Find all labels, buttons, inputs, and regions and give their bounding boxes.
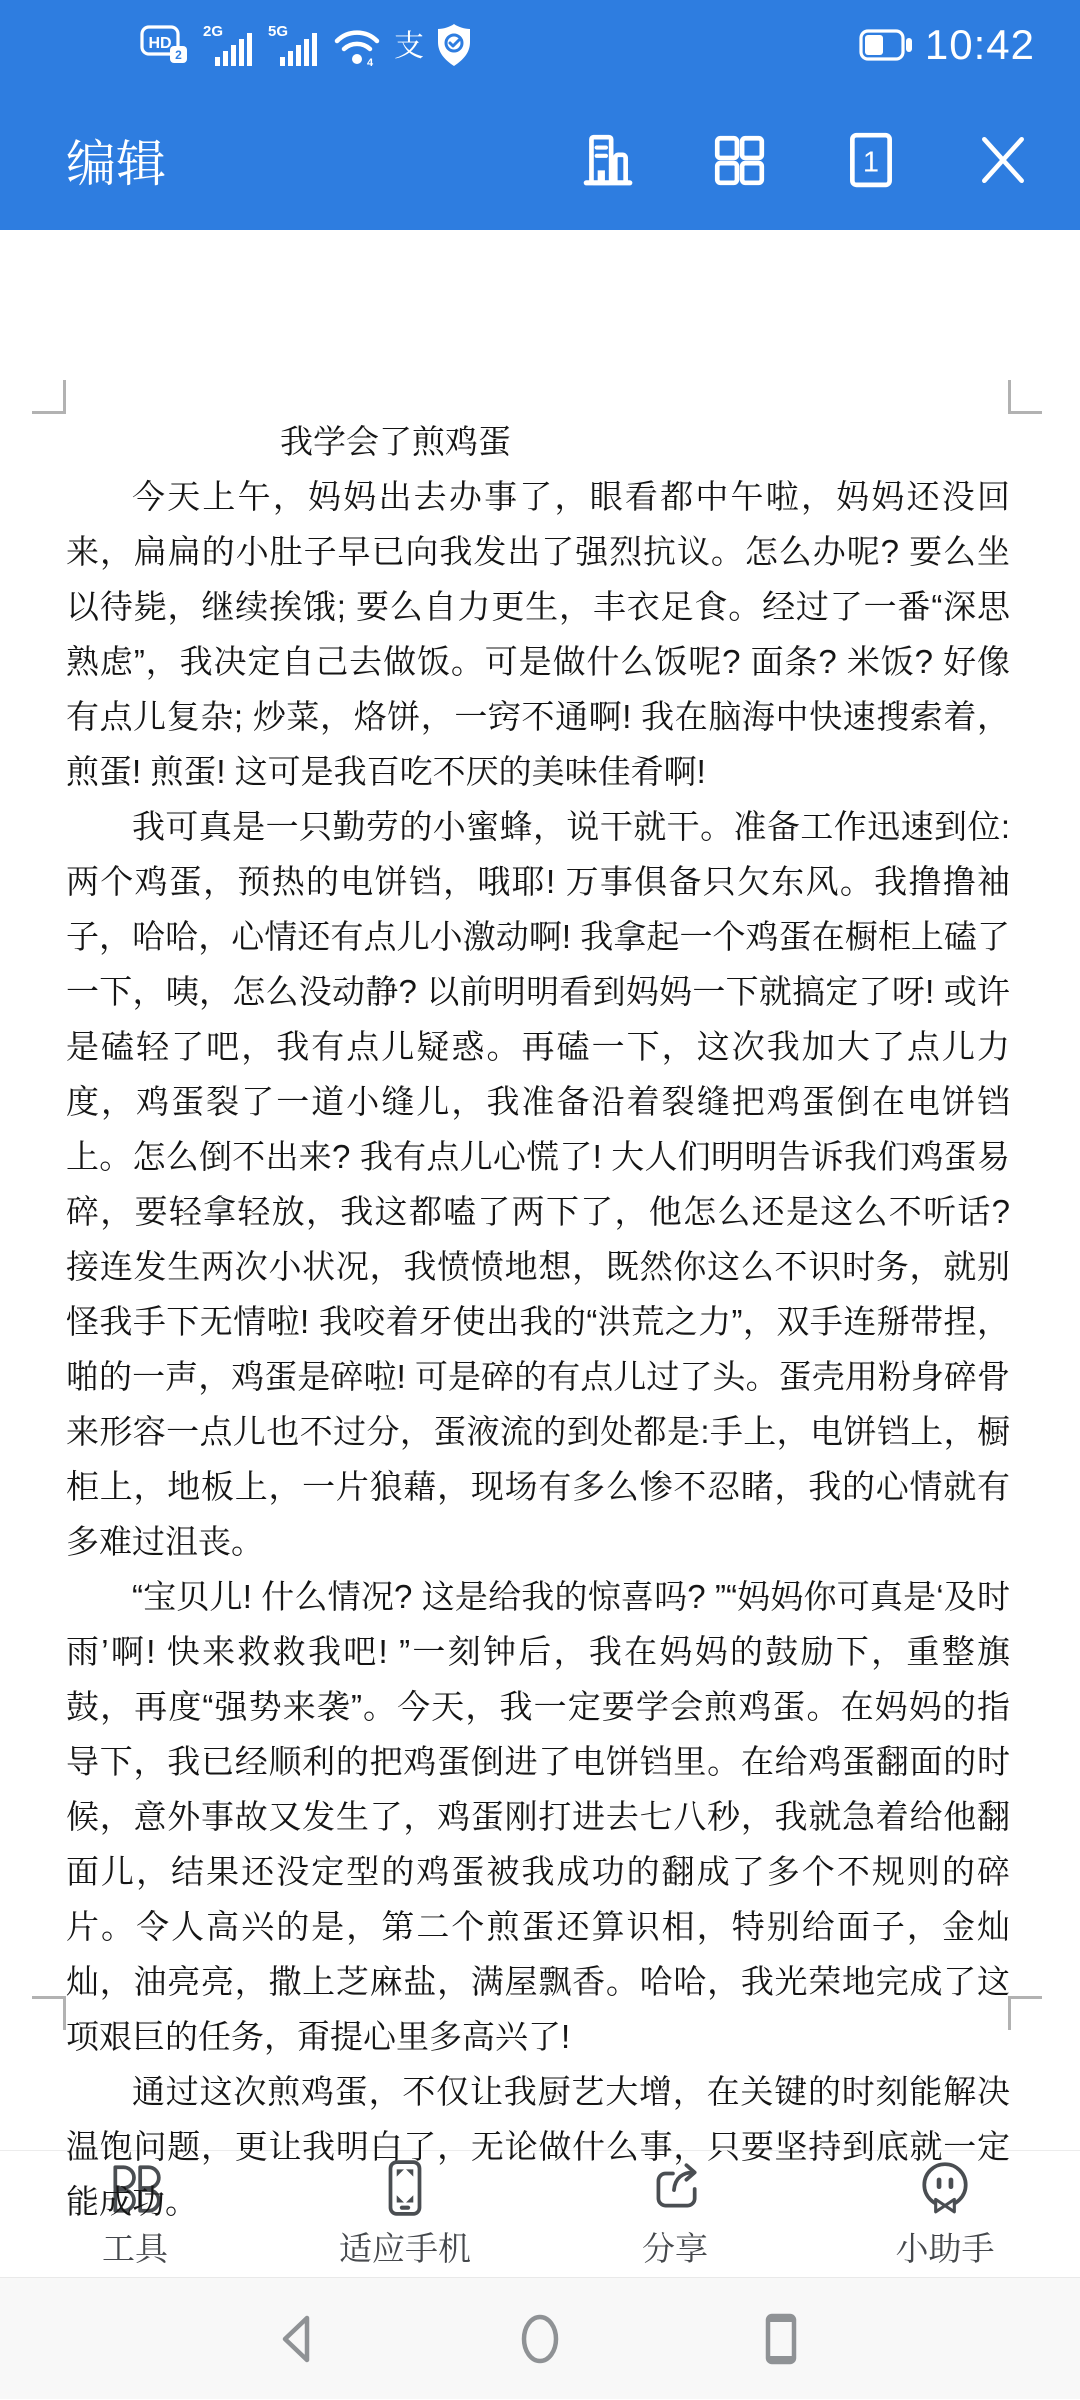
close-icon[interactable]: [974, 131, 1032, 189]
svg-text:2: 2: [175, 48, 182, 62]
clock: 10:42: [925, 21, 1035, 69]
margin-mark-top-right: [1008, 380, 1042, 414]
essay-paragraph: 通过这次煎鸡蛋，不仅让我厨艺大增，在关键的时刻能解决温饱问题，更让我明白了，无论…: [66, 2064, 1010, 2229]
margin-mark-bottom-right: [1008, 1996, 1042, 2030]
edit-mode-label[interactable]: 编辑: [66, 124, 166, 196]
essay-paragraph: 我可真是一只勤劳的小蜜蜂，说干就干。准备工作迅速到位:两个鸡蛋，预热的电饼铛，哦…: [66, 799, 1010, 1569]
app-header: 编辑: [0, 90, 1080, 230]
wifi-icon: 4: [331, 23, 383, 67]
recents-icon: [753, 2311, 809, 2367]
svg-text:支: 支: [394, 30, 424, 63]
page-number-icon[interactable]: 1: [842, 131, 900, 189]
security-shield-icon: [435, 22, 473, 68]
home-icon: [512, 2311, 568, 2367]
status-bar: HD 2 2G 5G: [0, 0, 1080, 90]
phone-screen: HD 2 2G 5G: [0, 0, 1080, 2400]
margin-mark-bottom-left: [32, 1996, 66, 2030]
back-icon: [271, 2311, 327, 2367]
alipay-icon: 支: [392, 23, 426, 67]
nav-home-button[interactable]: [512, 2311, 568, 2367]
essay-title: 我学会了煎鸡蛋: [66, 414, 1010, 469]
building-icon[interactable]: [578, 131, 636, 189]
svg-text:5G: 5G: [268, 23, 288, 40]
document-text[interactable]: 我学会了煎鸡蛋 今天上午，妈妈出去办事了，眼看都中午啦，妈妈还没回来，扁扁的小肚…: [66, 414, 1010, 2229]
grid-view-icon[interactable]: [710, 131, 768, 189]
nav-recents-button[interactable]: [753, 2311, 809, 2367]
signal-2g-icon: 2G: [201, 22, 257, 68]
status-icons: HD 2 2G 5G: [140, 22, 473, 68]
svg-text:HD: HD: [148, 35, 171, 52]
essay-paragraph: “宝贝儿! 什么情况? 这是给我的惊喜吗? ”“妈妈你可真是‘及时雨’啊! 快来…: [66, 1569, 1010, 2064]
hd-voice-icon: HD 2: [140, 23, 192, 67]
signal-5g-icon: 5G: [266, 22, 322, 68]
svg-text:1: 1: [863, 146, 879, 178]
nav-back-button[interactable]: [271, 2311, 327, 2367]
document-page[interactable]: 我学会了煎鸡蛋 今天上午，妈妈出去办事了，眼看都中午啦，妈妈还没回来，扁扁的小肚…: [0, 230, 1080, 2150]
android-nav-bar: [0, 2277, 1080, 2399]
battery-icon: [859, 25, 915, 65]
margin-mark-top-left: [32, 380, 66, 414]
svg-text:2G: 2G: [203, 23, 223, 40]
essay-paragraph: 今天上午，妈妈出去办事了，眼看都中午啦，妈妈还没回来，扁扁的小肚子早已向我发出了…: [66, 469, 1010, 799]
svg-text:4: 4: [367, 57, 374, 67]
